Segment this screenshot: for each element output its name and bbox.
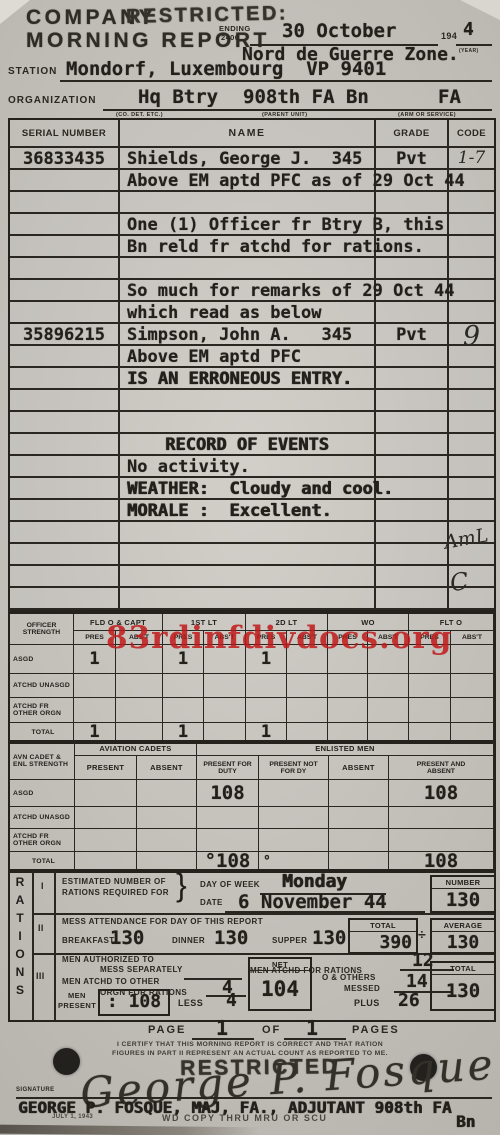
roster-remark: One (1) Officer fr Btry B, this: [120, 214, 376, 236]
divide-sign: ÷: [418, 926, 426, 942]
rations-numeral-1: I: [41, 881, 44, 891]
roster-serial: [10, 214, 120, 236]
net-label: NET: [250, 959, 310, 971]
roster-serial: [10, 544, 120, 566]
men-present-value: : 108: [100, 991, 168, 1012]
avn-cell: 108: [197, 780, 259, 807]
breakfast-value: 130: [110, 927, 144, 949]
officer-cell: [328, 698, 368, 723]
roster-grade: Pvt: [376, 324, 449, 346]
average-value: 130: [432, 932, 494, 953]
officer-cell: [328, 674, 368, 698]
row-label-asgd: ASGD: [10, 780, 75, 807]
roster-code: [449, 192, 494, 214]
roster-code: [449, 390, 494, 412]
roster-serial: [10, 478, 120, 500]
of-label: OF: [262, 1024, 281, 1036]
roster-code: [449, 280, 494, 302]
average-box: AVERAGE 130: [430, 918, 496, 954]
row-label-asgd: ASGD: [10, 645, 74, 674]
wd-copy-note: WD COPY THRU MRU OR SCU: [162, 1113, 327, 1123]
roster-serial: [10, 412, 120, 434]
station-label: STATION: [8, 66, 57, 77]
avn-cell: 108: [389, 780, 494, 807]
signature-label: SIGNATURE: [16, 1087, 55, 1093]
rations-total-box: TOTAL 130: [430, 961, 496, 1011]
number-value: 130: [432, 889, 494, 911]
ending-2400-label: 2400: [221, 33, 239, 42]
org-parent-value: 908th FA Bn: [243, 86, 369, 108]
col-header-name: NAME: [120, 120, 376, 148]
officer-cell: [287, 698, 328, 723]
year-digit: 4: [463, 19, 474, 40]
roster-code: [449, 236, 494, 258]
morale-remark: MORALE : Excellent.: [120, 500, 376, 522]
roster-serial: [10, 456, 120, 478]
roster-serial: [10, 236, 120, 258]
officer-cell: [451, 698, 494, 723]
roster-grade: [376, 456, 449, 478]
roster-serial: [10, 258, 120, 280]
avn-cell: [329, 829, 389, 852]
avn-cell: [329, 780, 389, 807]
date-underline: [225, 911, 425, 913]
restricted-stamp-top: RESTRICTED:: [126, 2, 288, 28]
page-label: PAGE: [148, 1024, 186, 1036]
roster-remark: So much for remarks of 29 Oct 44: [120, 280, 376, 302]
officer-cell: [74, 698, 116, 723]
group-aviation-cadets: AVIATION CADETS: [75, 742, 197, 756]
officer-title-line1: OFFICER: [27, 622, 57, 629]
officer-cell: [246, 698, 287, 723]
group-enlisted-men: ENLISTED MEN: [197, 742, 494, 756]
weather-remark: WEATHER: Cloudy and cool.: [120, 478, 376, 500]
form-date-label: JULY 1, 1943: [52, 1114, 93, 1120]
site-watermark: 83rdinfdivdocs.org: [106, 620, 452, 656]
avn-cell: [197, 829, 259, 852]
roster-name: [120, 522, 376, 544]
ending-label: ENDING: [219, 24, 251, 33]
net-value: 104: [250, 971, 310, 1001]
roster-grade: [376, 412, 449, 434]
roster-grade: [376, 566, 449, 588]
rations-vertical-label: RATIONS: [13, 875, 27, 1017]
roster-grade: [376, 390, 449, 412]
col-header-code: CODE: [449, 120, 494, 148]
mess-total-label: TOTAL: [350, 920, 416, 932]
number-label: NUMBER: [432, 877, 494, 889]
officer-cell: [287, 674, 328, 698]
roster-code: [449, 368, 494, 390]
rations-numeral-2: II: [38, 923, 44, 933]
rations-section: RATIONS I II III ESTIMATED NUMBER OF RAT…: [8, 869, 496, 1022]
avn-cell: [137, 829, 197, 852]
avn-cell: [75, 780, 137, 807]
pages-number: 1: [306, 1016, 318, 1040]
organization-label: ORGANIZATION: [8, 95, 96, 106]
avn-cadet-header: AVN CADET & ENL STRENGTH: [10, 742, 75, 780]
officer-title-line2: STRENGTH: [23, 629, 60, 636]
men-present-label-2: PRESENT: [58, 1001, 96, 1010]
roster-name: Simpson, John A. 345: [120, 324, 376, 346]
day-of-week-label: DAY OF WEEK: [200, 880, 260, 889]
col-present-not-for-dy: PRESENT NOT FOR DY: [259, 756, 329, 780]
officer-strength-header: OFFICER STRENGTH: [10, 614, 74, 645]
roster-code: [449, 434, 494, 456]
dinner-label: DINNER: [172, 936, 205, 945]
roster-remark: Above EM aptd PFC as of 29 Oct 44: [120, 170, 376, 192]
officer-cell: [451, 674, 494, 698]
year-prefix: 194: [441, 31, 457, 41]
number-box: NUMBER 130: [430, 875, 496, 913]
rations-rail-divider-1: [32, 871, 34, 1020]
rations-row-divider-1: [32, 913, 494, 915]
officer-cell: [451, 645, 494, 674]
roster-code: [449, 214, 494, 236]
dinner-value: 130: [214, 927, 248, 949]
col-present: PRESENT: [75, 756, 137, 780]
roster-code-handwritten: 9: [449, 324, 494, 346]
mess-total-value: 390: [350, 932, 416, 953]
col-absent-em: ABSENT: [329, 756, 389, 780]
avn-cell: [75, 829, 137, 852]
officer-cell: [204, 698, 246, 723]
roster-name: Shields, George J. 345: [120, 148, 376, 170]
pages-label: PAGES: [352, 1024, 400, 1036]
roster-name: [120, 544, 376, 566]
avn-cell: [137, 780, 197, 807]
subheader-abst: ABS'T: [451, 631, 494, 645]
roster-serial: [10, 302, 120, 324]
brace-glyph: }: [176, 867, 187, 904]
year-underline: [456, 44, 492, 46]
org-arm-value: FA: [438, 86, 461, 108]
date-label: DATE: [200, 898, 223, 907]
roster-grade: [376, 192, 449, 214]
year-small-label: (YEAR): [459, 48, 479, 54]
mess-separately-underline: [184, 978, 242, 980]
col-present-for-duty: PRESENT FOR DUTY: [197, 756, 259, 780]
roster-serial: [10, 588, 120, 610]
roster-remark: which read as below: [120, 302, 376, 324]
bottom-edge-shadow: [0, 1125, 260, 1135]
roster-grade: [376, 544, 449, 566]
roster-name: [120, 258, 376, 280]
roster-remark: No activity.: [120, 456, 376, 478]
day-of-week-value: Monday: [282, 871, 347, 892]
rations-total-label: TOTAL: [432, 963, 494, 975]
plus-value: 26: [398, 990, 420, 1011]
roster-name: [120, 588, 376, 610]
roster-serial: [10, 390, 120, 412]
station-underline: [60, 80, 492, 82]
roster-remark: IS AN ERRONEOUS ENTRY.: [120, 368, 376, 390]
roster-serial: [10, 500, 120, 522]
officer-cell: [163, 698, 204, 723]
roster-serial: 36833435: [10, 148, 120, 170]
men-present-box: : 108: [98, 989, 170, 1016]
row-label-atchd-unasgd: ATCHD UNASGD: [10, 674, 74, 698]
roster-serial: [10, 346, 120, 368]
handwritten-initial-c: C: [448, 567, 470, 597]
roster-serial: [10, 434, 120, 456]
mess-total-box: TOTAL 390: [348, 918, 418, 954]
col-absent: ABSENT: [137, 756, 197, 780]
less-label: LESS: [178, 998, 203, 1008]
officer-cell: [409, 674, 451, 698]
atchd-other-label-1: MEN ATCHD TO OTHER: [62, 977, 160, 986]
col-header-serial: SERIAL NUMBER: [10, 120, 120, 148]
roster-remark: Bn reld fr atchd for rations.: [120, 236, 376, 258]
roster-grade: [376, 522, 449, 544]
roster-code: [449, 478, 494, 500]
roster-remark: Above EM aptd PFC: [120, 346, 376, 368]
plus-label: PLUS: [354, 998, 380, 1008]
typed-officer-unit: Bn: [456, 1112, 475, 1131]
roster-code: [449, 412, 494, 434]
rations-numeral-3: III: [36, 971, 45, 981]
estimated-label-1: ESTIMATED NUMBER OF: [62, 877, 166, 886]
men-authorized-label-2: MESS SEPARATELY: [100, 965, 183, 974]
men-authorized-label-1: MEN AUTHORIZED TO: [62, 955, 154, 964]
officer-cell: [163, 674, 204, 698]
avn-cell: [329, 807, 389, 829]
morning-report-document: COMPANY RESTRICTED: MORNING REPORT ENDIN…: [0, 0, 500, 1135]
roster-serial: [10, 522, 120, 544]
roster-serial: [10, 280, 120, 302]
officer-cell: [409, 698, 451, 723]
officer-cell: [246, 674, 287, 698]
average-label: AVERAGE: [432, 920, 494, 932]
officer-cell: [204, 674, 246, 698]
estimated-label-2: RATIONS REQUIRED FOR: [62, 888, 169, 897]
roster-grade: [376, 588, 449, 610]
avn-cell: [259, 807, 329, 829]
station-value: Mondorf, Luxembourg VP 9401: [66, 58, 386, 80]
roster-serial: 35896215: [10, 324, 120, 346]
report-date-value: 30 October: [282, 20, 396, 42]
organization-underline: [103, 109, 492, 111]
avn-cell: [389, 829, 494, 852]
rations-date-value: 6 November 44: [238, 891, 387, 913]
breakfast-label: BREAKFAST: [62, 936, 115, 945]
others-messed-label-1: O & OTHERS: [322, 973, 376, 982]
roster-grade: [376, 434, 449, 456]
less-value: 4: [226, 990, 237, 1011]
officer-cell: [368, 674, 409, 698]
col-present-and-absent: PRESENT AND ABSENT: [389, 756, 494, 780]
avn-cell: [259, 780, 329, 807]
roster-serial: [10, 368, 120, 390]
enlisted-strength-table: AVN CADET & ENL STRENGTH AVIATION CADETS…: [8, 740, 496, 873]
page-number: 1: [216, 1016, 228, 1040]
officer-cell: [116, 674, 163, 698]
roster-serial: [10, 192, 120, 214]
roster-grade: [376, 346, 449, 368]
roster-table: SERIAL NUMBER NAME GRADE CODE 36833435 S…: [8, 118, 496, 612]
record-of-events-title: RECORD OF EVENTS: [120, 434, 376, 456]
roster-name: [120, 390, 376, 412]
roster-grade: [376, 500, 449, 522]
roster-name: [120, 192, 376, 214]
org-unit-value: Hq Btry: [138, 86, 218, 108]
roster-code: [449, 456, 494, 478]
rations-rail-divider-2: [54, 871, 56, 1020]
avn-cell: [137, 807, 197, 829]
roster-serial: [10, 170, 120, 192]
row-label-atchd-fr-other: ATCHD FR OTHER ORGN: [10, 829, 75, 852]
roster-grade: [376, 368, 449, 390]
officer-cell: [74, 674, 116, 698]
roster-code: [449, 258, 494, 280]
roster-code: 1-7: [449, 148, 494, 170]
men-present-label-1: MEN: [68, 991, 86, 1000]
supper-label: SUPPER: [272, 936, 307, 945]
roster-serial: [10, 566, 120, 588]
avn-cell: [389, 807, 494, 829]
rations-total-value: 130: [432, 975, 494, 1002]
avn-cell: [75, 807, 137, 829]
roster-grade: [376, 302, 449, 324]
col-header-grade: GRADE: [376, 120, 449, 148]
avn-cell: [197, 807, 259, 829]
roster-code: [449, 500, 494, 522]
avn-cell: [259, 829, 329, 852]
roster-name: [120, 412, 376, 434]
officer-cell: [116, 698, 163, 723]
others-messed-label-2: MESSED: [344, 984, 380, 993]
officer-cell: [368, 698, 409, 723]
corner-tear-top-right: [460, 0, 500, 20]
others-messed-value: 14: [406, 971, 428, 992]
row-label-atchd-fr-other: ATCHD FR OTHER ORGN: [10, 698, 74, 723]
mess-attendance-label: MESS ATTENDANCE FOR DAY OF THIS REPORT: [62, 917, 263, 926]
supper-value: 130: [312, 927, 346, 949]
roster-name: [120, 566, 376, 588]
row-label-atchd-unasgd: ATCHD UNASGD: [10, 807, 75, 829]
roster-grade: Pvt: [376, 148, 449, 170]
roster-grade: [376, 258, 449, 280]
punch-hole-left: [53, 1048, 80, 1075]
net-box: NET 104: [248, 957, 312, 1011]
